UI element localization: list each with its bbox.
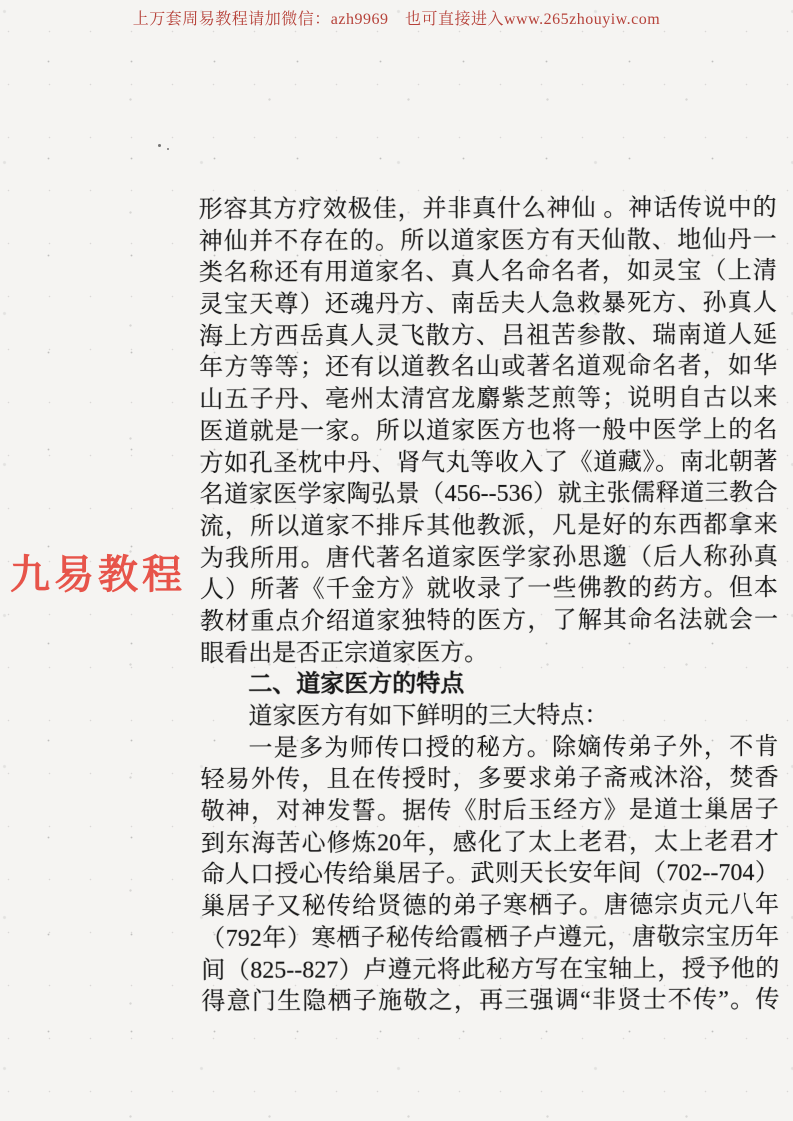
watermark-text: 九易教程 (10, 543, 186, 600)
scan-speck (215, 1004, 218, 1007)
text-line: 眼看出是否正宗道家医方。 (200, 637, 778, 671)
text-line: 方如孔圣枕中丹、肾气丸等收入了《道藏》。南北朝著 (199, 446, 777, 480)
scan-speck (167, 148, 169, 150)
text-line: 间（825--827）卢遵元将此秘方写在宝轴上，授予他的 (201, 953, 779, 987)
text-line: 形容其方疗效极佳，并非真什么神仙 。神话传说中的 (199, 193, 777, 227)
text-line: 敬神，对神发誓。据传《肘后玉经方》是道士巢居子 (201, 795, 779, 829)
text-line: 类名称还有用道家名、真人名命名者，如灵宝（上清 (199, 256, 777, 290)
text-line: 人）所著《千金方》就收录了一些佛教的药方。但本 (200, 573, 778, 607)
text-line: 得意门生隐栖子施敬之，再三强调“非贤士不传”。传 (201, 985, 779, 1019)
text-line: 灵宝天尊）还魂丹方、南岳夫人急救暴死方、孙真人 (199, 288, 777, 322)
text-line: 为我所用。唐代著名道家医学家孙思邈（后人称孙真 (200, 542, 778, 576)
text-line: 名道家医学家陶弘景（456--536）就主张儒释道三教合 (200, 478, 778, 512)
text-line: 教材重点介绍道家独特的医方，了解其命名法就会一 (200, 605, 778, 639)
text-line: 一是多为师传口授的秘方。除嫡传弟子外，不肯 (200, 732, 778, 766)
text-line: 轻易外传，且在传授时，多要求弟子斋戒沐浴，焚香 (201, 763, 779, 797)
scanned-page-text: 形容其方疗效极佳，并非真什么神仙 。神话传说中的神仙并不存在的。所以道家医方有天… (199, 193, 780, 1019)
text-line: 年方等等；还有以道教名山或著名道观命名者，如华 (199, 351, 777, 385)
text-line: 道家医方有如下鲜明的三大特点： (200, 700, 778, 734)
text-line: 到东海苦心修炼20年，感化了太上老君，太上老君才 (201, 827, 779, 861)
text-line: 海上方西岳真人灵飞散方、吕祖苦参散、瑞南道人延 (199, 320, 777, 354)
text-line: 神仙并不存在的。所以道家医方有天仙散、地仙丹一 (199, 225, 777, 259)
text-line: 命人口授心传给巢居子。武则天长安年间（702--704） (201, 858, 779, 892)
text-line: 巢居子又秘传给贤德的弟子寒栖子。唐德宗贞元八年 (201, 890, 779, 924)
text-line: （792年）寒栖子秘传给霞栖子卢遵元，唐敬宗宝历年 (201, 922, 779, 956)
text-line: 医道就是一家。所以道家医方也将一般中医学上的名 (199, 415, 777, 449)
scan-speck (158, 144, 161, 147)
promo-header-text: 上万套周易教程请加微信：azh9969 也可直接进入www.265zhouyiw… (0, 6, 793, 29)
text-line: 流，所以道家不排斥其他教派，凡是好的东西都拿来 (200, 510, 778, 544)
text-line: 山五子丹、亳州太清宫龙麝紫芝煎等；说明自古以来 (199, 383, 777, 417)
section-heading: 二、道家医方的特点 (200, 668, 778, 702)
